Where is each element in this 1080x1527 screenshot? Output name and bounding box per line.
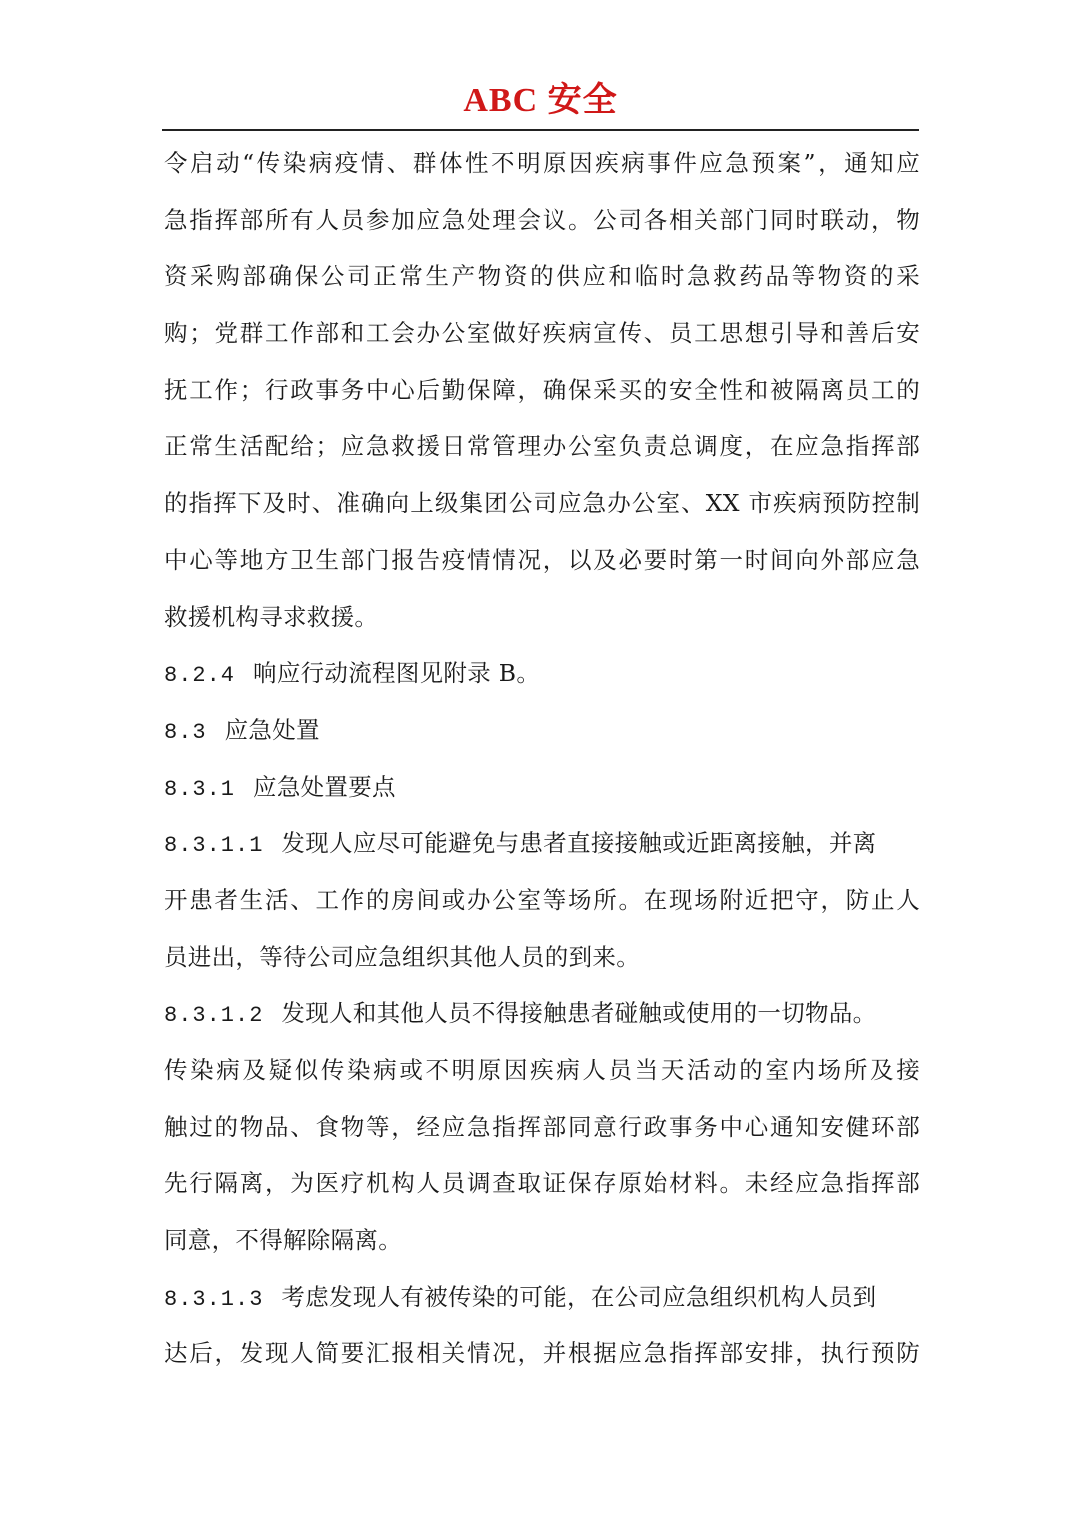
section-text: 发现人和其他人员不得接触患者碰触或使用的一切物品。 xyxy=(281,999,876,1027)
section-heading-8-3-1: 8.3.1应急处置要点 xyxy=(164,764,920,821)
section-text: 发现人应尽可能避免与患者直接接触或近距离接触，并离 xyxy=(281,829,876,857)
line-text: 中心等地方卫生部门报告疫情情况，以及必要时第一时间向外部应急 xyxy=(164,546,920,574)
line-text: 资采购部确保公司正常生产物资的供应和临时急救药品等物资的采 xyxy=(164,262,920,290)
section-number: 8.3 xyxy=(164,720,207,745)
text-line: 令启动“传染病疫情、群体性不明原因疾病事件应急预案”，通知应 xyxy=(164,140,920,197)
line-text: 的指挥下及时、准确向上级集团公司应急办公室、XX 市疾病预防控制 xyxy=(164,489,920,517)
text-line: 先行隔离，为医疗机构人员调查取证保存原始材料。未经应急指挥部 xyxy=(164,1160,920,1217)
line-text: 抚工作；行政事务中心后勤保障，确保采买的安全性和被隔离员工的 xyxy=(164,376,920,404)
line-text: 同意，不得解除隔离。 xyxy=(164,1226,402,1254)
line-text: 购；党群工作部和工会办公室做好疾病宣传、员工思想引导和善后安 xyxy=(164,319,920,347)
text-line: 救援机构寻求救援。 xyxy=(164,594,920,651)
section-number: 8.3.1.3 xyxy=(164,1287,263,1312)
section-number: 8.3.1 xyxy=(164,777,235,802)
line-text: 触过的物品、食物等，经应急指挥部同意行政事务中心通知安健环部 xyxy=(164,1113,920,1141)
text-line: 同意，不得解除隔离。 xyxy=(164,1217,920,1274)
line-text: 先行隔离，为医疗机构人员调查取证保存原始材料。未经应急指挥部 xyxy=(164,1169,920,1197)
section-number: 8.3.1.2 xyxy=(164,1003,263,1028)
line-text: 员进出，等待公司应急组织其他人员的到来。 xyxy=(164,943,640,971)
section-text: 考虑发现人有被传染的可能，在公司应急组织机构人员到 xyxy=(281,1283,876,1311)
section-8-3-1-1-first-line: 8.3.1.1发现人应尽可能避免与患者直接接触或近距离接触，并离 xyxy=(164,820,920,877)
line-text: 救援机构寻求救援。 xyxy=(164,603,378,631)
text-line: 资采购部确保公司正常生产物资的供应和临时急救药品等物资的采 xyxy=(164,253,920,310)
header-divider xyxy=(162,129,919,131)
text-line: 触过的物品、食物等，经应急指挥部同意行政事务中心通知安健环部 xyxy=(164,1104,920,1161)
document-body: 令启动“传染病疫情、群体性不明原因疾病事件应急预案”，通知应 急指挥部所有人员参… xyxy=(164,140,920,1387)
text-line: 中心等地方卫生部门报告疫情情况，以及必要时第一时间向外部应急 xyxy=(164,537,920,594)
line-text: 急指挥部所有人员参加应急处理会议。公司各相关部门同时联动，物 xyxy=(164,206,920,234)
section-heading-8-2-4: 8.2.4响应行动流程图见附录 B。 xyxy=(164,650,920,707)
line-text: 达后，发现人简要汇报相关情况，并根据应急指挥部安排，执行预防 xyxy=(164,1339,920,1367)
line-text: 正常生活配给；应急救援日常管理办公室负责总调度，在应急指挥部 xyxy=(164,432,920,460)
section-8-3-1-2-first-line: 8.3.1.2发现人和其他人员不得接触患者碰触或使用的一切物品。 xyxy=(164,990,920,1047)
text-line: 达后，发现人简要汇报相关情况，并根据应急指挥部安排，执行预防 xyxy=(164,1330,920,1387)
section-text: 应急处置 xyxy=(225,716,320,744)
text-line: 抚工作；行政事务中心后勤保障，确保采买的安全性和被隔离员工的 xyxy=(164,367,920,424)
section-text: 应急处置要点 xyxy=(253,773,396,801)
section-text: 响应行动流程图见附录 B。 xyxy=(253,659,540,687)
text-line: 购；党群工作部和工会办公室做好疾病宣传、员工思想引导和善后安 xyxy=(164,310,920,367)
text-line: 传染病及疑似传染病或不明原因疾病人员当天活动的室内场所及接 xyxy=(164,1047,920,1104)
text-line: 的指挥下及时、准确向上级集团公司应急办公室、XX 市疾病预防控制 xyxy=(164,480,920,537)
section-8-3-1-3-first-line: 8.3.1.3考虑发现人有被传染的可能，在公司应急组织机构人员到 xyxy=(164,1274,920,1331)
line-text: 令启动“传染病疫情、群体性不明原因疾病事件应急预案”，通知应 xyxy=(164,149,920,177)
line-text: 开患者生活、工作的房间或办公室等场所。在现场附近把守，防止人 xyxy=(164,886,920,914)
page-header: ABC 安全 xyxy=(162,78,919,124)
header-title: ABC 安全 xyxy=(162,78,919,124)
line-text: 传染病及疑似传染病或不明原因疾病人员当天活动的室内场所及接 xyxy=(164,1056,920,1084)
text-line: 急指挥部所有人员参加应急处理会议。公司各相关部门同时联动，物 xyxy=(164,197,920,254)
section-number: 8.2.4 xyxy=(164,663,235,688)
text-line: 员进出，等待公司应急组织其他人员的到来。 xyxy=(164,934,920,991)
section-heading-8-3: 8.3应急处置 xyxy=(164,707,920,764)
text-line: 正常生活配给；应急救援日常管理办公室负责总调度，在应急指挥部 xyxy=(164,423,920,480)
text-line: 开患者生活、工作的房间或办公室等场所。在现场附近把守，防止人 xyxy=(164,877,920,934)
section-number: 8.3.1.1 xyxy=(164,833,263,858)
